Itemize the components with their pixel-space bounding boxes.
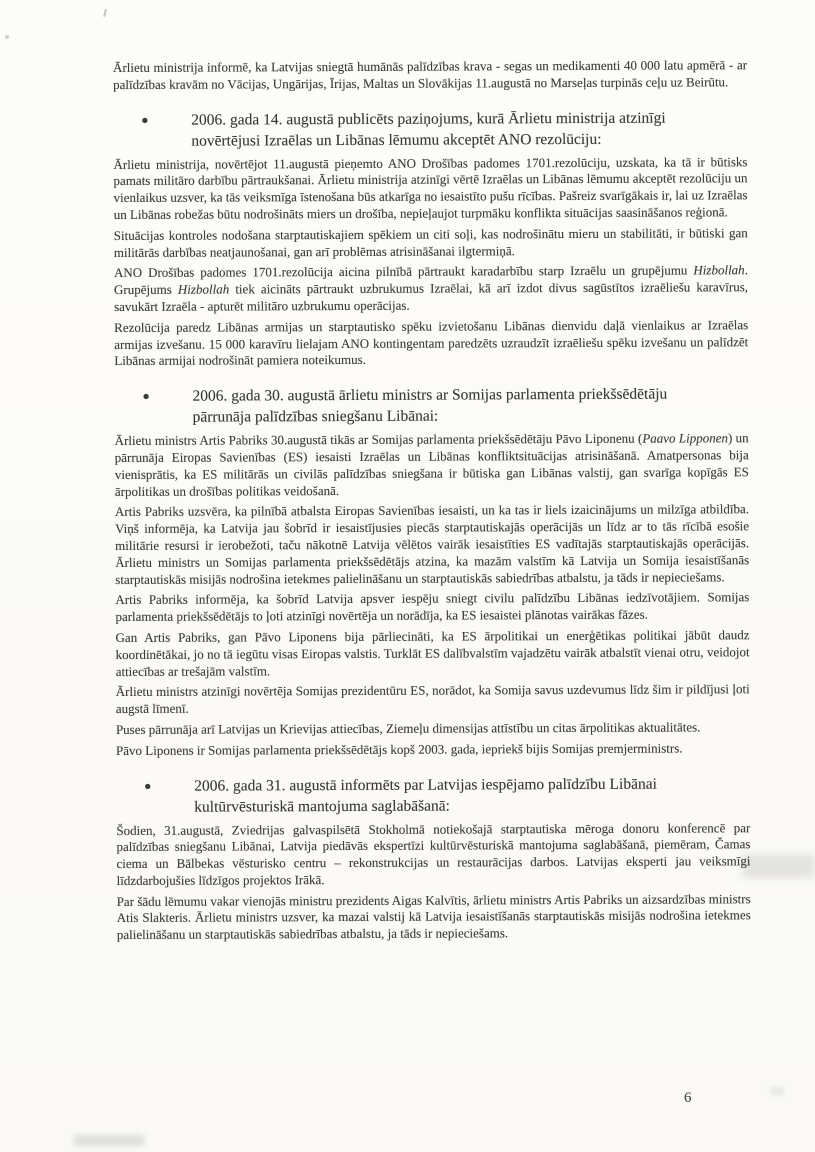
section-heading-text: 2006. gada 31. augustā informēts par Lat…	[194, 773, 750, 817]
section-heading: ● 2006. gada 14. augustā publicēts paziņ…	[113, 107, 747, 152]
section-heading: ● 2006. gada 31. augustā informēts par L…	[116, 773, 750, 818]
page-content: Ārlietu ministrija informē, ka Latvijas …	[113, 57, 751, 948]
paragraph: Par šādu lēmumu vakar vienojās ministru …	[117, 891, 751, 944]
pen-mark	[5, 35, 9, 39]
paragraph: Pāvo Liponens ir Somijas parlamenta prie…	[116, 740, 750, 760]
section-heading-text: 2006. gada 14. augustā publicēts paziņoj…	[191, 107, 747, 151]
scan-smudge	[742, 854, 815, 878]
section-heading: ● 2006. gada 30. augustā ārlietu ministr…	[114, 383, 748, 428]
paragraph: Ārlietu ministrija, novērtējot 11.august…	[113, 154, 747, 224]
paragraph: Ārlietu ministrs atzinīgi novērtēja Somi…	[116, 682, 750, 718]
bullet-icon: ●	[144, 775, 194, 817]
paragraph: Rezolūcija paredz Libānas armijas un sta…	[114, 317, 748, 370]
paragraph: Ārlietu ministrs Artis Pabriks 30.august…	[115, 430, 749, 500]
document-page: Ārlietu ministrija informē, ka Latvijas …	[0, 0, 815, 1152]
intro-paragraph: Ārlietu ministrija informē, ka Latvijas …	[113, 57, 747, 93]
scan-smudge	[74, 1135, 144, 1146]
bullet-icon: ●	[141, 109, 191, 151]
page-number: 6	[684, 1090, 692, 1107]
scan-smudge	[770, 1086, 784, 1096]
paragraph: Puses pārrunāja arī Latvijas un Krievija…	[116, 719, 750, 739]
report-section: ● 2006. gada 14. augustā publicēts paziņ…	[113, 107, 748, 370]
section-heading-text: 2006. gada 30. augustā ārlietu ministrs …	[192, 383, 748, 427]
paragraph: ANO Drošības padomes 1701.rezolūcija aic…	[114, 263, 748, 316]
report-section: ● 2006. gada 31. augustā informēts par L…	[116, 773, 751, 944]
paragraph: Šodien, 31.augustā, Zviedrijas galvaspil…	[116, 820, 750, 890]
paragraph: Artis Pabriks informēja, ka šobrīd Latvi…	[115, 590, 749, 626]
paragraph: Situācijas kontroles nodošana starptauti…	[114, 225, 748, 261]
paragraph: Artis Pabriks uzsvēra, ka pilnībā atbals…	[115, 502, 749, 589]
report-section: ● 2006. gada 30. augustā ārlietu ministr…	[114, 383, 750, 759]
paragraph: Gan Artis Pabriks, gan Pāvo Liponens bij…	[115, 627, 749, 680]
pen-mark	[103, 9, 107, 17]
bullet-icon: ●	[142, 386, 192, 428]
